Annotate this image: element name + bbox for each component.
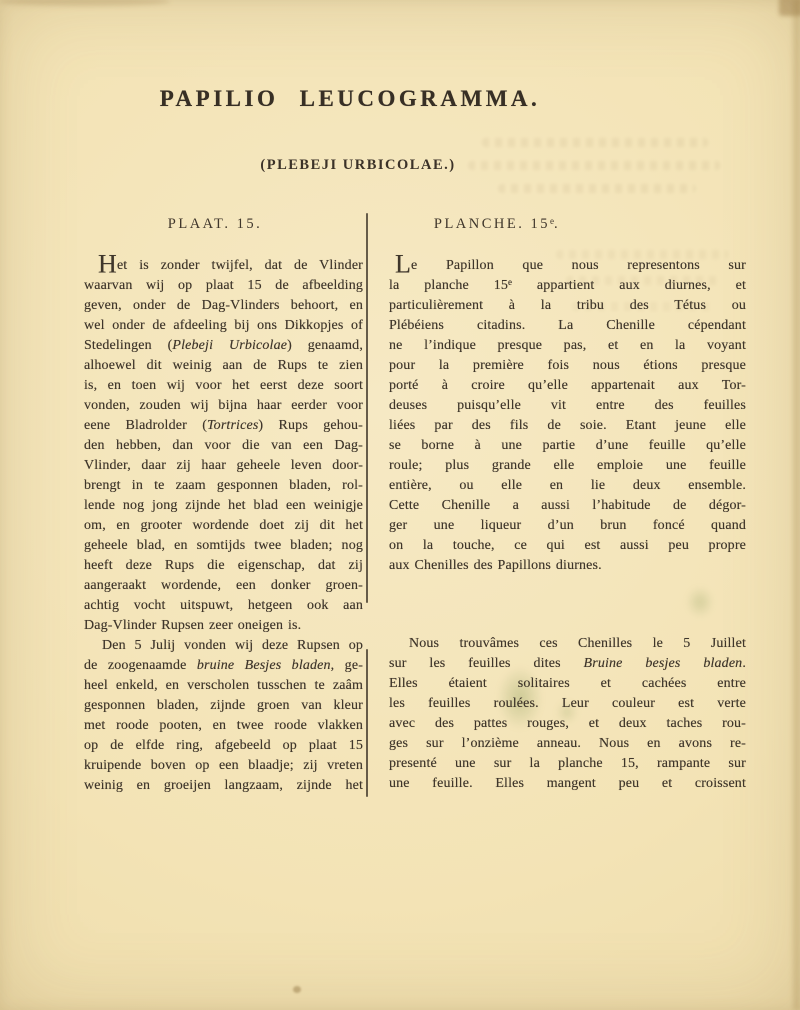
text-line: aangeraakt wordende, een donker groen- — [84, 576, 363, 596]
text-line: op de elfde ring, afgebeeld op plaat 15 — [84, 736, 363, 756]
text-line: achtig vocht uitspuwt, hetgeen ook aan — [84, 596, 363, 616]
column-rule-upper — [366, 213, 368, 603]
text-line: aux Chenilles des Papillons diurnes. — [389, 556, 746, 576]
text-line: gesponnen bladen, zijnde groen van kleur — [84, 696, 363, 716]
text-line: Cette Chenille a aussi l’habitude de dég… — [389, 496, 746, 516]
text-line: on la touche, ce qui est aussi peu propr… — [389, 536, 746, 556]
text-line: liées par des fils de soie. Etant jeune … — [389, 416, 746, 436]
text-line: den hebben, dan voor die van een Dag- — [84, 436, 363, 456]
text-line: heeft deze Rups die eigenschap, dat zij — [84, 556, 363, 576]
text-line: Het is zonder twijfel, dat de Vlinder — [84, 256, 363, 276]
scan-edge-shadow — [0, 0, 170, 6]
text-line: sur les feuilles dites Bruine besjes bla… — [389, 654, 746, 674]
dutch-text-column: Het is zonder twijfel, dat de Vlinderwaa… — [84, 256, 363, 796]
text-line: met roode pooten, en twee roode vlakken — [84, 716, 363, 736]
text-line: eene Bladrolder (Tortrices) Rups gehou- — [84, 416, 363, 436]
text-line: porté à croire qu’elle appartenait aux T… — [389, 376, 746, 396]
drop-cap: H — [98, 250, 117, 279]
text-line: geheele blad, en somtijds twee bladen; n… — [84, 536, 363, 556]
text-line: wel onder de afdeeling bij ons Dikkopjes… — [84, 316, 363, 336]
text-line: entière, ou elle en lie deux ensemble. — [389, 476, 746, 496]
text-line: Den 5 Julij vonden wij deze Rupsen op — [84, 636, 363, 656]
text-line: ger une liqueur d’un brun foncé quand — [389, 516, 746, 536]
text-line: vonden, zouden wij bijna haar eerder voo… — [84, 396, 363, 416]
paragraph: Den 5 Julij vonden wij deze Rupsen opde … — [84, 636, 363, 796]
text-line: ne l’indique presque pas, et en la voyan… — [389, 336, 746, 356]
text-line: de zoogenaamde bruine Besjes bladen, ge- — [84, 656, 363, 676]
text-line: brengt in te zaam gesponnen bladen, rol- — [84, 476, 363, 496]
paragraph: Nous trouvâmes ces Chenilles le 5 Juille… — [389, 634, 746, 794]
stain — [293, 986, 301, 993]
text-line: om, en grooter wordende doet zij dit het — [84, 516, 363, 536]
text-line: heel enkeld, en verscholen tusschen te z… — [84, 676, 363, 696]
text-line: waarvan wij op plaat 15 de afbeelding — [84, 276, 363, 296]
paragraph: Het is zonder twijfel, dat de Vlinderwaa… — [84, 256, 363, 636]
text-line: Stedelingen (Plebeji Urbicolae) genaamd, — [84, 336, 363, 356]
show-through-text — [482, 138, 708, 147]
text-line: Elles étaient solitaires et cachées entr… — [389, 674, 746, 694]
text-line: is, en toen wij voor het eerst deze soor… — [84, 376, 363, 396]
page-title: PAPILIO LEUCOGRAMMA. — [0, 86, 700, 112]
text-line: kruipende boven op een blaadje; zij vret… — [84, 756, 363, 776]
dutch-column-header: PLAAT. 15. — [65, 216, 365, 233]
text-line: roule; plus grande elle emploie une feui… — [389, 456, 746, 476]
text-line: Dag-Vlinder Rupsen zeer oneigen is. — [84, 616, 363, 636]
text-line: se borne à une partie d’une feuille qu’e… — [389, 436, 746, 456]
text-line: Vlinder, daar zij haar geheele leven doo… — [84, 456, 363, 476]
text-line: lende nog jong zijnde het blad een weini… — [84, 496, 363, 516]
text-line: pour la première fois nous étions presqu… — [389, 356, 746, 376]
text-line: ges sur l’onzième anneau. Nous en avons … — [389, 734, 746, 754]
text-line: Le Papillon que nous representons sur — [389, 256, 746, 276]
french-text-column: Le Papillon que nous representons surla … — [389, 256, 746, 794]
text-line: deuses puisqu’elle vit entre des feuille… — [389, 396, 746, 416]
text-line: Plébéiens citadins. La Chenille cépendan… — [389, 316, 746, 336]
show-through-text — [498, 184, 696, 193]
text-line: Nous trouvâmes ces Chenilles le 5 Juille… — [389, 634, 746, 654]
paragraph: Le Papillon que nous representons surla … — [389, 256, 746, 576]
text-line: weinig en groeijen langzaam, zijnde het — [84, 776, 363, 796]
text-line: geven, onder de Dag-Vlinders behoort, en — [84, 296, 363, 316]
text-line: la planche 15e appartient aux diurnes, e… — [389, 276, 746, 296]
text-line: alhoewel dit weinig aan de Rups te zien — [84, 356, 363, 376]
french-column-header: PLANCHE. 15e. — [347, 216, 647, 233]
text-line: particulièrement à la tribu des Tétus ou — [389, 296, 746, 316]
text-line: avec des pattes rouges, et deux taches r… — [389, 714, 746, 734]
scan-edge-shadow — [793, 0, 800, 1010]
text-line: les feuilles roulées. Leur couleur est v… — [389, 694, 746, 714]
column-rule-lower — [366, 649, 368, 797]
text-line: une feuille. Elles mangent peu et croiss… — [389, 774, 746, 794]
book-page: PAPILIO LEUCOGRAMMA. (PLEBEJI URBICOLAE.… — [0, 0, 800, 1010]
drop-cap: L — [395, 250, 411, 279]
text-line: presenté une sur la planche 15, rampante… — [389, 754, 746, 774]
page-subtitle: (PLEBEJI URBICOLAE.) — [8, 157, 708, 174]
